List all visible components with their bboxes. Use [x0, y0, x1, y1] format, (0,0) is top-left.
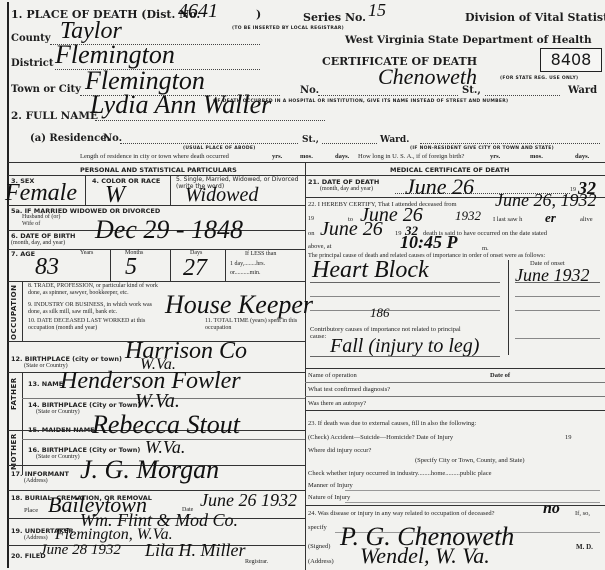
division-label: Division of Vital Statistics [465, 11, 605, 24]
department-label: West Virginia State Department of Health [345, 34, 592, 46]
length-residence-label: Length of residence in city or town wher… [80, 153, 229, 160]
less-day: 1 day,........hrs. [230, 261, 265, 267]
registrar-label: Registrar. [245, 559, 268, 565]
st-label: St., [462, 85, 481, 96]
informant-sub: (Address) [24, 478, 48, 484]
usa-label: How long in U. S. A., if of foreign birt… [358, 153, 464, 160]
death-certificate: 1. PLACE OF DEATH (Dist. No. 4641 ) (TO … [0, 0, 605, 570]
county-label: County [11, 33, 51, 44]
birth-label: 6. DATE OF BIRTH [11, 232, 76, 240]
less-or: or..........min. [230, 270, 261, 276]
if-so-label: If, so, [575, 510, 590, 517]
full-name-line [95, 120, 325, 121]
divider [305, 382, 605, 383]
date-death-sub: (month, day and year) [320, 186, 373, 192]
divider [22, 281, 23, 341]
town-label: Town or City [11, 84, 81, 95]
divider [85, 175, 86, 205]
sex-value: Female [5, 180, 77, 207]
trade-label: 8. TRADE, PROFESSION, or particular kind… [28, 283, 158, 296]
specify-label: specify [308, 524, 327, 531]
signed-label: (Signed) [308, 543, 330, 550]
length-days: days. [335, 153, 349, 160]
father-side-label: FATHER [10, 377, 18, 410]
cause-value: Heart Block [312, 257, 429, 284]
date-death-label: 21. DATE OF DEATH [308, 178, 379, 186]
ward-label: Ward [568, 85, 597, 96]
age-years-label: Years [80, 250, 93, 256]
physician-address: Wendel, W. Va. [360, 543, 490, 569]
inserted-note: (TO BE INSERTED BY LOCAL REGISTRAR) [232, 26, 344, 31]
birth-sub: (month, day, and year) [11, 240, 65, 246]
father-name-label: 13. NAME [28, 380, 63, 388]
contributory-value: Fall (injury to leg) [330, 335, 479, 358]
divider [170, 249, 171, 281]
divider [305, 396, 605, 397]
nature-line [345, 502, 600, 503]
onset-line [515, 296, 600, 297]
nonresident-line [420, 143, 600, 144]
check-label: (Check) Accident—Suicide—Homicide? Date … [308, 434, 453, 441]
burial-place-label: Place [24, 507, 38, 514]
total-time-label: 11. TOTAL TIME (years) spent in this occ… [205, 318, 300, 331]
street-no-label: No. [300, 85, 319, 96]
last-saw-label: I last saw h [493, 216, 522, 223]
burial-date-value: June 26 1932 [200, 490, 297, 511]
divider [305, 410, 605, 411]
attended-to-year: 1932 [455, 208, 481, 224]
industry-check-label: Check whether injury occurred in industr… [308, 470, 492, 477]
cause-line [310, 310, 500, 311]
informant-value: J. G. Morgan [80, 455, 219, 485]
divider [8, 205, 305, 206]
column-divider [305, 162, 306, 570]
on-date-value: June 26 [320, 218, 383, 241]
age-years: 83 [35, 254, 59, 281]
external-label: 23. If death was due to external causes,… [308, 420, 476, 427]
md-label: M. D. [576, 543, 593, 551]
series-no: 15 [368, 0, 386, 21]
date-of-label: Date of [490, 372, 510, 379]
divider [8, 281, 305, 282]
undertaker-sub: (Address) [24, 535, 48, 541]
mother-name-label: 15. MAIDEN NAME [28, 426, 95, 434]
marital-value: Widowed [185, 184, 258, 207]
manner-label: Manner of Injury [308, 482, 353, 489]
mother-birth-sub: (State or Country) [36, 454, 80, 460]
left-border [7, 2, 9, 568]
divider [22, 372, 23, 430]
last-saw-her: er [545, 210, 556, 226]
personal-section-title: PERSONAL AND STATISTICAL PARTICULARS [80, 166, 237, 174]
last-worked-label: 10. DATE DECEASED LAST WORKED at this oc… [28, 318, 168, 331]
full-name-label: 2. FULL NAME [11, 110, 98, 122]
dist-close-paren: ) [256, 8, 261, 21]
filed-value: June 28 1932 [40, 542, 121, 559]
father-birth-label: 14. BIRTHPLACE (City or Town) [28, 401, 140, 409]
divider [110, 249, 111, 281]
time-value: 10:45 P [400, 232, 458, 253]
test-label: What test confirmed diagnosis? [308, 386, 390, 393]
age-label: 7. AGE [11, 250, 35, 258]
color-label: 4. COLOR OR RACE [92, 177, 160, 185]
dist-no: 4641 [178, 0, 218, 23]
district-label: District [11, 58, 54, 69]
usual-abode: (USUAL PLACE OF ABODE) [183, 146, 256, 151]
manner-line [345, 490, 600, 491]
residence-ward-label: Ward. [380, 135, 409, 145]
residence-line [120, 143, 298, 144]
m-label: m. [482, 245, 489, 252]
birth-value: Dec 29 - 1848 [95, 215, 243, 245]
q24-answer: no [543, 500, 560, 518]
occupation-value: House Keeper [165, 290, 313, 320]
spouse-sub: Husband of (or) Wife of [22, 214, 62, 228]
full-name-value: Lydia Ann Waller [90, 90, 271, 120]
series-label: Series No. [303, 11, 366, 24]
divider [305, 368, 605, 369]
age-months: 5 [125, 254, 137, 281]
occupation-side-label: OCCUPATION [10, 285, 18, 340]
onset-line [515, 282, 600, 283]
contributory-line [310, 356, 500, 357]
age-days: 27 [183, 255, 207, 282]
divider [170, 175, 171, 205]
birthplace-label: 12. BIRTHPLACE (city or town) [11, 355, 122, 363]
above-at-label: above, at [308, 243, 331, 250]
street-line [318, 95, 458, 96]
q24-label: 24. Was disease or injury in any way rel… [308, 510, 495, 517]
cause-line [310, 282, 500, 283]
usa-mos: mos. [530, 153, 543, 160]
state-use-note: (FOR STATE REG. USE ONLY) [500, 76, 578, 81]
mother-name-value: Rebecca Stout [92, 410, 240, 440]
medical-section-title: MEDICAL CERTIFICATE OF DEATH [390, 166, 509, 174]
nature-label: Nature of Injury [308, 494, 350, 501]
cause-line [310, 296, 500, 297]
divider [305, 505, 605, 506]
father-birth-sub: (State or Country) [36, 409, 80, 415]
residence-st-label: St., [302, 135, 319, 145]
injury-year-prefix: 19 [565, 434, 572, 441]
on-label: on [308, 230, 315, 237]
onset-line [515, 338, 600, 339]
certificate-number: 8408 [540, 48, 602, 72]
divider [8, 249, 305, 250]
autopsy-label: Was there an autopsy? [308, 400, 366, 407]
alive-label: alive [580, 216, 593, 223]
to-nineteen: 19 [308, 216, 314, 222]
attended-from-value: June 26, 1932 [495, 190, 596, 211]
divider [508, 260, 509, 355]
residence-label: (a) Residence. [30, 133, 110, 144]
divider [8, 162, 605, 163]
ward-line [485, 95, 560, 96]
industry-label: 9. INDUSTRY OR BUSINESS, in which work w… [28, 302, 158, 315]
informant-label: 17. INFORMANT [11, 470, 69, 478]
length-mos: mos. [300, 153, 313, 160]
divider [22, 430, 23, 475]
onset-line [515, 310, 600, 311]
specify-place-note: (Specify City or Town, County, and State… [415, 457, 525, 464]
address-label: (Address) [308, 558, 334, 565]
registrar-signature: Lila H. Miller [145, 540, 246, 561]
less-than-label: If LESS than [245, 251, 276, 257]
divider [225, 249, 226, 281]
residence-ward-line [322, 143, 377, 144]
nonresident-note: (IF NON-RESIDENT GIVE CITY OR TOWN AND S… [410, 146, 554, 151]
usa-days: days. [575, 153, 589, 160]
where-label: Where did injury occur? [308, 447, 371, 454]
usa-yrs: yrs. [490, 153, 500, 160]
length-yrs: yrs. [272, 153, 282, 160]
cause-code: 186 [370, 305, 390, 321]
operation-label: Name of operation [308, 372, 357, 379]
mother-birth-label: 16. BIRTHPLACE (City or Town) [28, 446, 140, 454]
